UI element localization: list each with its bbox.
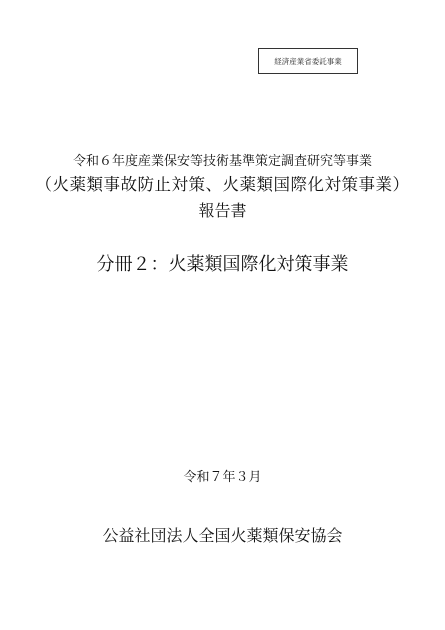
volume-subtitle: 分冊２：火薬類国際化対策事業 xyxy=(0,250,445,276)
report-title-line-2: （火薬類事故防止対策、火薬類国際化対策事業） xyxy=(0,171,445,195)
commission-stamp-label: 経済産業省委託事業 xyxy=(274,56,342,67)
report-title-line-1: 令和６年度産業保安等技術基準策定調査研究等事業 xyxy=(0,150,445,169)
report-date: 令和７年３月 xyxy=(0,466,445,485)
report-title-line-3: 報告書 xyxy=(0,198,445,221)
publishing-organization: 公益社団法人全国火薬類保安協会 xyxy=(0,523,445,546)
commission-stamp: 経済産業省委託事業 xyxy=(258,48,358,74)
